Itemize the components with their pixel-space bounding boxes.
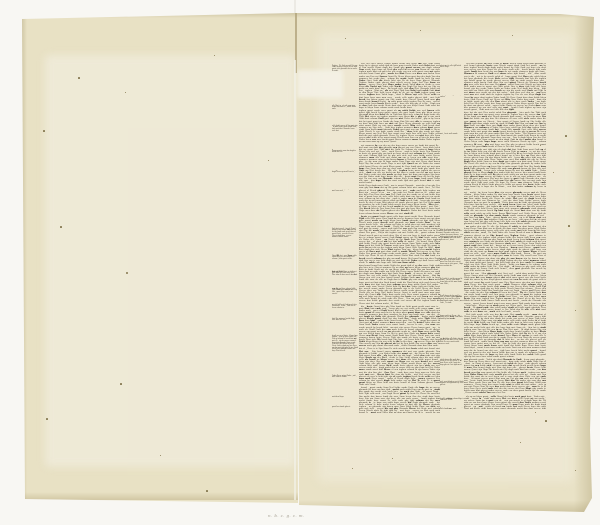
scan-background: landt wort daer Soon vreese Teghen , Wy … [0, 0, 600, 525]
sheet-seam-gap [294, 60, 296, 500]
foxing-speck [78, 77, 80, 79]
foxing-speck [345, 38, 346, 39]
foxing-speck [43, 130, 45, 132]
foxing-speck [540, 145, 541, 146]
sheet-edge-shading [22, 13, 298, 18]
foxing-speck [568, 225, 570, 227]
foxing-speck [352, 468, 353, 469]
sheet-edge-shading [22, 13, 27, 503]
foxing-speck [206, 490, 208, 492]
foxing-speck [125, 92, 126, 93]
foxing-speck [60, 226, 62, 228]
foxing-speck [160, 455, 161, 456]
foxing-speck [126, 272, 128, 274]
foxing-speck [520, 442, 521, 443]
foxing-speck [268, 160, 269, 161]
foxing-speck [46, 418, 48, 420]
pencil-inscription: n. b. z. g. c. m. [268, 513, 318, 520]
foxing-speck [565, 135, 567, 137]
foxing-speck [553, 172, 554, 173]
foxing-speck [420, 30, 421, 31]
foxing-speck [535, 412, 536, 413]
foxing-speck [575, 470, 576, 471]
foxing-speck [575, 310, 576, 311]
sheet-edge-shading [297, 500, 594, 513]
paper-light-patch [297, 70, 343, 98]
foxing-speck [392, 458, 393, 459]
foxing-speck [545, 420, 547, 422]
foxing-speck [120, 383, 122, 385]
sheet-edge-shading [574, 14, 594, 514]
foxing-speck [512, 35, 513, 36]
plate-impression-left [45, 55, 296, 467]
sheet-edge-shading [22, 492, 298, 500]
sheet-edge-shading [296, 13, 596, 18]
foxing-speck [214, 55, 215, 56]
plate-impression-right [318, 32, 574, 482]
